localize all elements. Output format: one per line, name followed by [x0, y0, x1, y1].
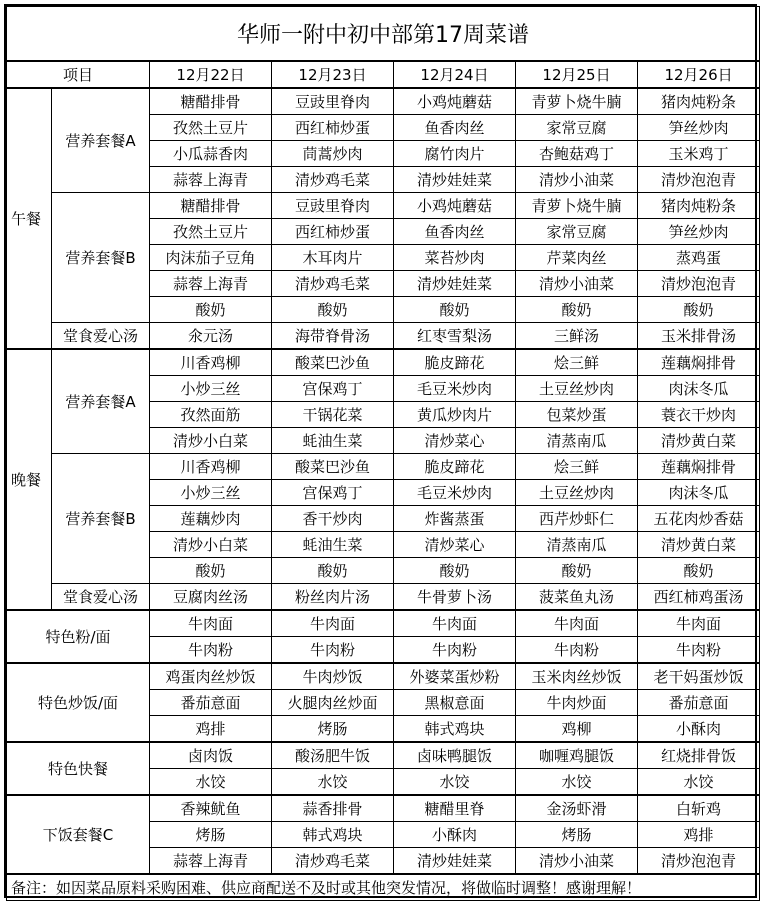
dish-cell: 咖喱鸡腿饭	[516, 742, 638, 769]
special-category-label: 特色粉/面	[7, 610, 150, 663]
dish-cell: 金汤虾滑	[516, 795, 638, 822]
dish-cell: 烤肠	[272, 716, 394, 743]
dish-cell: 烩三鲜	[516, 454, 638, 480]
dish-cell: 土豆丝炒肉	[516, 480, 638, 506]
dish-cell: 酸奶	[516, 297, 638, 323]
dish-cell: 干锅花菜	[272, 402, 394, 428]
dish-cell: 番茄意面	[638, 690, 760, 716]
dish-cell: 鱼香肉丝	[394, 115, 516, 141]
dish-cell: 清炒菜心	[394, 532, 516, 558]
dish-cell: 小酥肉	[638, 716, 760, 743]
dish-cell: 小炒三丝	[150, 376, 272, 402]
dish-cell: 孜然土豆片	[150, 219, 272, 245]
dish-cell: 酸奶	[394, 297, 516, 323]
dish-cell: 糖醋排骨	[150, 88, 272, 115]
dish-cell: 鸡排	[638, 822, 760, 848]
group-label-set-a: 营养套餐A	[52, 349, 150, 454]
dish-cell: 豆豉里脊肉	[272, 193, 394, 219]
dish-cell: 水饺	[516, 769, 638, 796]
dish-cell: 糖醋排骨	[150, 193, 272, 219]
dish-cell: 氽元汤	[150, 323, 272, 350]
dish-cell: 水饺	[272, 769, 394, 796]
dish-cell: 清炒小白菜	[150, 428, 272, 454]
dish-cell: 鸡柳	[516, 716, 638, 743]
dish-cell: 小瓜蒜香肉	[150, 141, 272, 167]
dish-cell: 番茄意面	[150, 690, 272, 716]
dish-cell: 宫保鸡丁	[272, 480, 394, 506]
special-category-label: 特色快餐	[7, 742, 150, 795]
dish-cell: 菜苔炒肉	[394, 245, 516, 271]
dish-cell: 清炒鸡毛菜	[272, 167, 394, 193]
meal-label-lunch: 午餐	[7, 88, 52, 349]
dish-cell: 蒜蓉上海青	[150, 848, 272, 875]
dish-cell: 腐竹肉片	[394, 141, 516, 167]
column-header-date: 12月22日	[150, 61, 272, 88]
dish-cell: 清炒鸡毛菜	[272, 271, 394, 297]
dish-cell: 清蒸南瓜	[516, 428, 638, 454]
dish-cell: 清炒泡泡青	[638, 167, 760, 193]
dish-cell: 牛肉面	[150, 610, 272, 637]
dish-cell: 清炒小油菜	[516, 167, 638, 193]
dish-cell: 三鲜汤	[516, 323, 638, 350]
dish-cell: 孜然土豆片	[150, 115, 272, 141]
dish-cell: 小炒三丝	[150, 480, 272, 506]
dish-cell: 蒸鸡蛋	[638, 245, 760, 271]
dish-cell: 火腿肉丝炒面	[272, 690, 394, 716]
dish-cell: 酸奶	[638, 297, 760, 323]
special-category-label: 特色炒饭/面	[7, 663, 150, 742]
dish-cell: 白斩鸡	[638, 795, 760, 822]
special-category-label: 下饭套餐C	[7, 795, 150, 874]
dish-cell: 清炒娃娃菜	[394, 848, 516, 875]
dish-cell: 清炒娃娃菜	[394, 271, 516, 297]
dish-cell: 笋丝炒肉	[638, 219, 760, 245]
dish-cell: 蓑衣干炒肉	[638, 402, 760, 428]
dish-cell: 莲藕焖排骨	[638, 454, 760, 480]
menu-table: 华师一附中初中部第17周菜谱 项目 12月22日12月23日12月24日12月2…	[6, 6, 760, 901]
dish-cell: 西红柿炒蛋	[272, 219, 394, 245]
dish-cell: 笋丝炒肉	[638, 115, 760, 141]
dish-cell: 清炒小油菜	[516, 271, 638, 297]
dish-cell: 木耳肉片	[272, 245, 394, 271]
dish-cell: 清炒小油菜	[516, 848, 638, 875]
dish-cell: 西红柿鸡蛋汤	[638, 584, 760, 611]
dish-cell: 牛骨萝卜汤	[394, 584, 516, 611]
column-header-date: 12月25日	[516, 61, 638, 88]
footnote: 备注：如因菜品原料采购困难、供应商配送不及时或其他突发情况，将做临时调整！感谢理…	[7, 874, 760, 901]
dish-cell: 脆皮蹄花	[394, 454, 516, 480]
dish-cell: 酸奶	[150, 297, 272, 323]
dish-cell: 杏鲍菇鸡丁	[516, 141, 638, 167]
dish-cell: 卤肉饭	[150, 742, 272, 769]
dish-cell: 牛肉炒饭	[272, 663, 394, 690]
dish-cell: 老干妈蛋炒饭	[638, 663, 760, 690]
dish-cell: 牛肉面	[394, 610, 516, 637]
dish-cell: 清炒菜心	[394, 428, 516, 454]
dish-cell: 包菜炒蛋	[516, 402, 638, 428]
dish-cell: 蚝油生菜	[272, 532, 394, 558]
dish-cell: 粉丝肉片汤	[272, 584, 394, 611]
dish-cell: 黄瓜炒肉片	[394, 402, 516, 428]
dish-cell: 酸奶	[516, 558, 638, 584]
column-header-item: 项目	[7, 61, 150, 88]
dish-cell: 鸡蛋肉丝炒饭	[150, 663, 272, 690]
column-header-date: 12月23日	[272, 61, 394, 88]
dish-cell: 孜然面筋	[150, 402, 272, 428]
meal-label-dinner: 晚餐	[7, 349, 52, 610]
dish-cell: 酸菜巴沙鱼	[272, 454, 394, 480]
dish-cell: 韩式鸡块	[272, 822, 394, 848]
page-title: 华师一附中初中部第17周菜谱	[7, 7, 760, 62]
dish-cell: 清炒鸡毛菜	[272, 848, 394, 875]
dish-cell: 卤味鸭腿饭	[394, 742, 516, 769]
dish-cell: 牛肉面	[638, 610, 760, 637]
dish-cell: 毛豆米炒肉	[394, 480, 516, 506]
dish-cell: 小鸡炖蘑菇	[394, 193, 516, 219]
dish-cell: 家常豆腐	[516, 219, 638, 245]
dish-cell: 牛肉粉	[272, 637, 394, 664]
dish-cell: 蒜香排骨	[272, 795, 394, 822]
dish-cell: 家常豆腐	[516, 115, 638, 141]
dish-cell: 红枣雪梨汤	[394, 323, 516, 350]
group-label-set-b: 营养套餐B	[52, 454, 150, 584]
dish-cell: 茼蒿炒肉	[272, 141, 394, 167]
group-label-soup: 堂食爱心汤	[52, 323, 150, 350]
dish-cell: 红烧排骨饭	[638, 742, 760, 769]
dish-cell: 蒜蓉上海青	[150, 167, 272, 193]
group-label-set-b: 营养套餐B	[52, 193, 150, 323]
dish-cell: 牛肉炒面	[516, 690, 638, 716]
dish-cell: 西红柿炒蛋	[272, 115, 394, 141]
dish-cell: 肉沫茄子豆角	[150, 245, 272, 271]
dish-cell: 猪肉炖粉条	[638, 193, 760, 219]
dish-cell: 菠菜鱼丸汤	[516, 584, 638, 611]
dish-cell: 韩式鸡块	[394, 716, 516, 743]
dish-cell: 莲藕焖排骨	[638, 349, 760, 376]
menu-sheet: 华师一附中初中部第17周菜谱 项目 12月22日12月23日12月24日12月2…	[4, 4, 757, 898]
dish-cell: 烩三鲜	[516, 349, 638, 376]
dish-cell: 豆豉里脊肉	[272, 88, 394, 115]
dish-cell: 酸奶	[394, 558, 516, 584]
dish-cell: 牛肉粉	[150, 637, 272, 664]
dish-cell: 鸡排	[150, 716, 272, 743]
dish-cell: 川香鸡柳	[150, 454, 272, 480]
dish-cell: 炸酱蒸蛋	[394, 506, 516, 532]
dish-cell: 清炒黄白菜	[638, 428, 760, 454]
dish-cell: 香干炒肉	[272, 506, 394, 532]
column-header-date: 12月24日	[394, 61, 516, 88]
group-label-set-a: 营养套餐A	[52, 88, 150, 193]
dish-cell: 鱼香肉丝	[394, 219, 516, 245]
dish-cell: 清炒娃娃菜	[394, 167, 516, 193]
dish-cell: 清炒泡泡青	[638, 848, 760, 875]
column-header-date: 12月26日	[638, 61, 760, 88]
dish-cell: 酸奶	[272, 297, 394, 323]
dish-cell: 肉沫冬瓜	[638, 376, 760, 402]
dish-cell: 糖醋里脊	[394, 795, 516, 822]
dish-cell: 蚝油生菜	[272, 428, 394, 454]
dish-cell: 清蒸南瓜	[516, 532, 638, 558]
dish-cell: 外婆菜蛋炒粉	[394, 663, 516, 690]
dish-cell: 芹菜肉丝	[516, 245, 638, 271]
dish-cell: 清炒小白菜	[150, 532, 272, 558]
dish-cell: 酸奶	[638, 558, 760, 584]
dish-cell: 烤肠	[150, 822, 272, 848]
dish-cell: 青萝卜烧牛腩	[516, 193, 638, 219]
dish-cell: 黑椒意面	[394, 690, 516, 716]
dish-cell: 猪肉炖粉条	[638, 88, 760, 115]
dish-cell: 酸奶	[150, 558, 272, 584]
dish-cell: 牛肉粉	[394, 637, 516, 664]
dish-cell: 清炒泡泡青	[638, 271, 760, 297]
dish-cell: 玉米肉丝炒饭	[516, 663, 638, 690]
dish-cell: 脆皮蹄花	[394, 349, 516, 376]
dish-cell: 土豆丝炒肉	[516, 376, 638, 402]
dish-cell: 莲藕炒肉	[150, 506, 272, 532]
dish-cell: 香辣鱿鱼	[150, 795, 272, 822]
dish-cell: 玉米鸡丁	[638, 141, 760, 167]
dish-cell: 酸菜巴沙鱼	[272, 349, 394, 376]
dish-cell: 清炒黄白菜	[638, 532, 760, 558]
dish-cell: 牛肉粉	[516, 637, 638, 664]
dish-cell: 海带脊骨汤	[272, 323, 394, 350]
dish-cell: 水饺	[638, 769, 760, 796]
dish-cell: 小鸡炖蘑菇	[394, 88, 516, 115]
dish-cell: 牛肉面	[272, 610, 394, 637]
dish-cell: 青萝卜烧牛腩	[516, 88, 638, 115]
dish-cell: 肉沫冬瓜	[638, 480, 760, 506]
dish-cell: 烤肠	[516, 822, 638, 848]
dish-cell: 宫保鸡丁	[272, 376, 394, 402]
dish-cell: 西芹炒虾仁	[516, 506, 638, 532]
dish-cell: 小酥肉	[394, 822, 516, 848]
dish-cell: 水饺	[394, 769, 516, 796]
dish-cell: 牛肉面	[516, 610, 638, 637]
dish-cell: 水饺	[150, 769, 272, 796]
dish-cell: 酸汤肥牛饭	[272, 742, 394, 769]
group-label-soup: 堂食爱心汤	[52, 584, 150, 611]
dish-cell: 川香鸡柳	[150, 349, 272, 376]
dish-cell: 毛豆米炒肉	[394, 376, 516, 402]
dish-cell: 五花肉炒香菇	[638, 506, 760, 532]
dish-cell: 玉米排骨汤	[638, 323, 760, 350]
dish-cell: 豆腐肉丝汤	[150, 584, 272, 611]
dish-cell: 蒜蓉上海青	[150, 271, 272, 297]
dish-cell: 牛肉粉	[638, 637, 760, 664]
dish-cell: 酸奶	[272, 558, 394, 584]
